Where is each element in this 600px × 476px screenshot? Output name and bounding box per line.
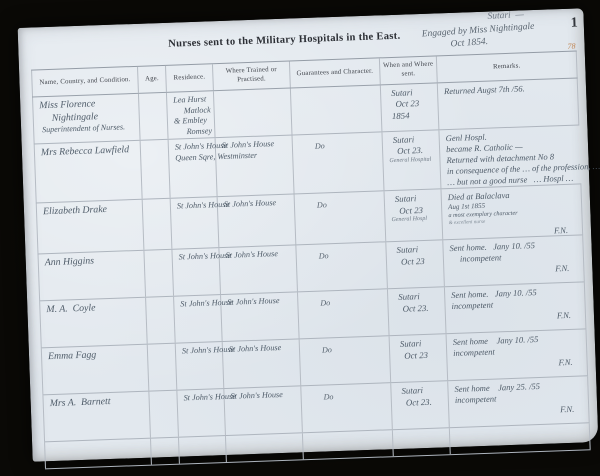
cell-when-sent: SutariOct 23.General Hospital (382, 130, 441, 190)
cell-name: Elizabeth Drake (36, 200, 145, 254)
column-header-trained: Where Trained or Practised. (213, 62, 291, 91)
handwritten-line: Oct 23 (393, 255, 443, 268)
scan-background: Sutari — 1 78 Nurses sent to the Militar… (0, 0, 600, 476)
cell-name: Mrs Rebecca Lawfield (34, 141, 143, 203)
column-header-name: Name, Country, and Condition. (31, 67, 139, 97)
page-title: Nurses sent to the Military Hospitals in… (168, 31, 401, 50)
cell-remarks: Sent home. Jany 10. /55incompetentF.N. (443, 236, 585, 287)
handwritten-line: Superintendent of Nurses. (42, 122, 139, 136)
cell-remarks (450, 423, 591, 454)
cell-guarantees: Do (296, 242, 388, 291)
cell-name (44, 439, 152, 469)
cell-residence: St John's House (172, 248, 221, 296)
cell-guarantees: Do (293, 132, 385, 193)
cell-residence: St John's House (177, 389, 226, 437)
cell-remarks: Genl Hospl.became R. Catholic —Returned … (439, 124, 600, 188)
cell-age (149, 391, 179, 438)
cell-residence: St John's House (174, 295, 223, 343)
cell-age (141, 140, 171, 199)
initials-fn: F.N. (455, 404, 588, 419)
ditto-mark: Do (302, 245, 385, 261)
ditto-mark: Do (301, 195, 384, 211)
cell-when-sent: SutariOct 23 (386, 240, 445, 288)
cell-trained (226, 433, 304, 462)
cell-name: Miss FlorenceNightingaleSuperintendent o… (32, 94, 141, 144)
cell-residence: St John's House (176, 342, 225, 390)
cell-guarantees: Do (298, 289, 390, 338)
cell-residence: St John's HouseQueen Sqre, Westminster (169, 138, 218, 198)
column-header-when-sent: When and Where sent. (380, 56, 438, 84)
cell-remarks: Sent home. Jany 10. /55incompetentF.N. (445, 283, 587, 334)
cell-when-sent: SutariOct 23. (391, 381, 450, 429)
handwritten-line: Queen Sqre, Westminster (175, 152, 215, 164)
cell-remarks: Died at BalaclavaAug 1st 1855a most exem… (441, 185, 583, 240)
ditto-mark: Do (307, 386, 390, 402)
ditto-mark: Do (299, 135, 382, 151)
nurses-register-table: Name, Country, and Condition. Age. Resid… (31, 51, 591, 470)
cell-trained: St John's House (224, 387, 303, 436)
handwritten-line: Mrs Rebecca Lawfield (41, 144, 140, 160)
handwritten-line: St John's House (224, 198, 294, 211)
handwritten-line: Elizabeth Drake (43, 203, 142, 219)
initials-fn: F.N. (450, 263, 583, 278)
pencil-annotation: Sutari — (487, 10, 524, 22)
handwritten-line: St John's House (226, 249, 296, 262)
column-header-remarks: Remarks. (437, 52, 578, 83)
cell-age (151, 438, 180, 465)
handwritten-line: Oct 23 (396, 349, 446, 362)
ditto-mark: Do (306, 339, 389, 355)
cell-guarantees: Do (301, 383, 393, 432)
cell-name: Ann Higgins (38, 251, 147, 301)
cell-residence (179, 436, 227, 464)
handwritten-line: St John's House (183, 392, 223, 404)
handwritten-line: St John's House (230, 390, 300, 403)
cell-trained: St John's House (223, 340, 302, 389)
cell-remarks: Sent home Jany 10. /55incompetentF.N. (447, 330, 589, 381)
hospital-note: General Hospital (389, 156, 439, 166)
handwritten-line: Oct 23. (398, 396, 448, 409)
handwritten-line: Emma Fagg (48, 348, 147, 364)
cell-age (146, 297, 176, 344)
column-header-age: Age. (138, 66, 167, 93)
cell-name: Emma Fagg (41, 345, 150, 395)
cell-guarantees: Do (300, 336, 392, 385)
engaged-note: Engaged by Miss Nightingale Oct 1854. (422, 19, 573, 53)
cell-when-sent (393, 428, 451, 456)
cell-when-sent: SutariOct 231854 (381, 83, 440, 131)
handwritten-line: Ann Higgins (45, 254, 144, 270)
handwritten-line: St John's House (229, 343, 299, 356)
cell-guarantees: Do (295, 192, 387, 245)
initials-fn: F.N. (453, 357, 586, 372)
cell-guarantees (291, 85, 383, 134)
cell-name: Mrs A. Barnett (42, 392, 151, 442)
cell-when-sent: SutariOct 23General Hospl (385, 190, 444, 242)
cell-age (143, 199, 173, 250)
handwritten-line: M. A. Coyle (46, 301, 145, 317)
ditto-mark: Do (304, 292, 387, 308)
cell-trained: St John's House (221, 293, 300, 342)
handwritten-line: Oct 23. (394, 302, 444, 315)
handwritten-line: Romsey (174, 126, 214, 138)
cell-trained: St John's House (219, 246, 298, 295)
handwritten-line: Returned Augst 7th /56. (444, 82, 577, 98)
handwritten-line: St John's House (182, 345, 222, 357)
handwritten-line: 1854 (388, 109, 438, 122)
hospital-note: General Hospl (391, 215, 441, 225)
column-header-residence: Residence. (166, 64, 214, 92)
handwritten-line: St John's House (180, 298, 220, 310)
handwritten-line: St John's House (227, 296, 297, 309)
column-header-guarantees: Guarantees and Character. (290, 58, 381, 87)
cell-remarks: Returned Augst 7th /56. (438, 78, 580, 129)
cell-when-sent: SutariOct 23. (388, 287, 447, 335)
cell-name: M. A. Coyle (39, 298, 148, 348)
cell-age (139, 93, 169, 140)
cell-residence: St John's House (171, 197, 220, 249)
cell-age (148, 344, 178, 391)
cell-trained: St John's House (216, 135, 295, 196)
cell-residence: Lea Hurst Matlock& Embley Romsey (167, 91, 216, 139)
cell-remarks: Sent home Jany 25. /55incompetentF.N. (448, 376, 590, 427)
cell-guarantees (303, 430, 394, 459)
cell-trained (214, 89, 293, 138)
cell-when-sent: SutariOct 23 (390, 334, 449, 382)
handwritten-line: St John's House (179, 251, 219, 263)
handwritten-line: Matlock (173, 105, 213, 117)
cell-trained: St John's House (218, 195, 297, 248)
handwritten-line: St John's House (222, 139, 292, 152)
cell-age (144, 250, 174, 297)
register-page: Sutari — 1 78 Nurses sent to the Militar… (18, 8, 599, 461)
handwritten-line: Mrs A. Barnett (50, 395, 149, 411)
table-body: Miss FlorenceNightingaleSuperintendent o… (32, 78, 591, 469)
handwritten-line: St John's House (177, 200, 217, 212)
initials-fn: F.N. (452, 310, 585, 325)
